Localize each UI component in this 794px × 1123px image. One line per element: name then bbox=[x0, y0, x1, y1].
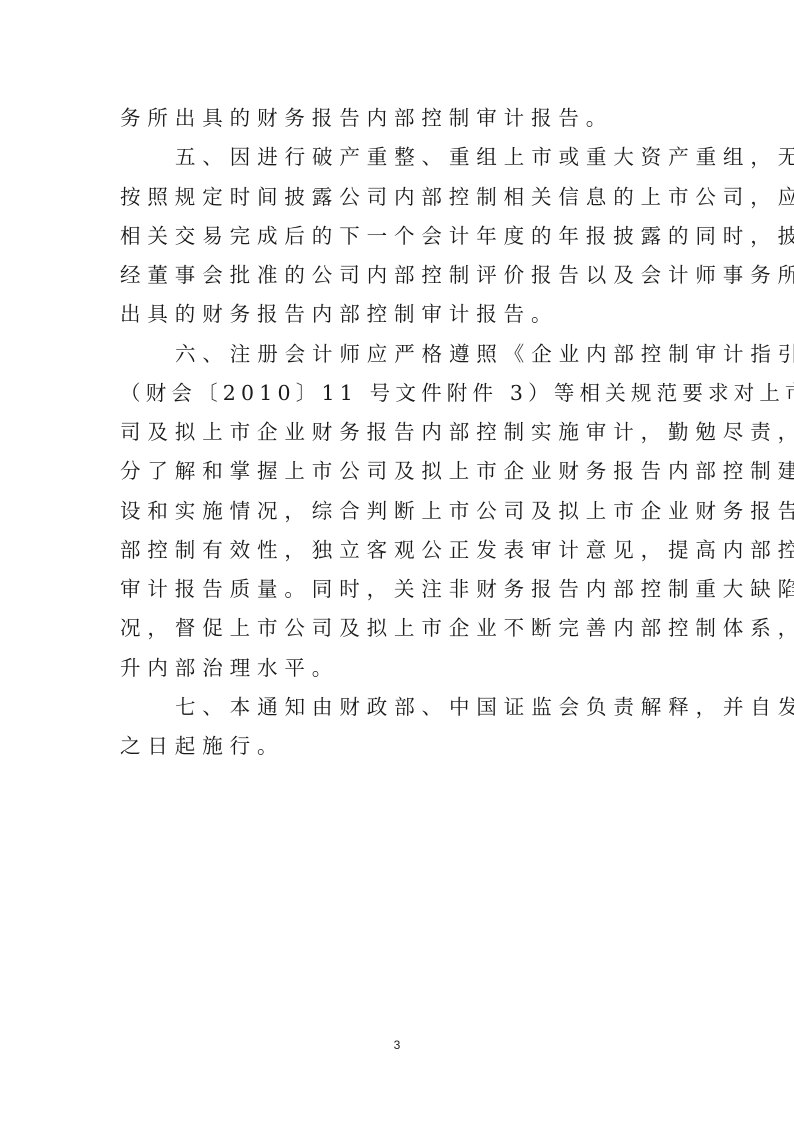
text-line: 之日起施行。 bbox=[120, 727, 676, 766]
text-line: 审计报告质量。同时，关注非财务报告内部控制重大缺陷情 bbox=[120, 570, 676, 609]
body-text: 务所出具的财务报告内部控制审计报告。 五、因进行破产重整、重组上市或重大资产重组… bbox=[120, 99, 676, 766]
text-line: （财会〔2010〕11 号文件附件 3）等相关规范要求对上市公 bbox=[120, 374, 676, 413]
text-line: 升内部治理水平。 bbox=[120, 649, 676, 688]
text-line: 经董事会批准的公司内部控制评价报告以及会计师事务所 bbox=[120, 256, 676, 295]
text-line: 相关交易完成后的下一个会计年度的年报披露的同时，披露 bbox=[120, 217, 676, 256]
text-line: 按照规定时间披露公司内部控制相关信息的上市公司，应在 bbox=[120, 178, 676, 217]
text-line: 部控制有效性，独立客观公正发表审计意见，提高内部控制 bbox=[120, 531, 676, 570]
document-page: 务所出具的财务报告内部控制审计报告。 五、因进行破产重整、重组上市或重大资产重组… bbox=[0, 0, 794, 1123]
paragraph-6-start: 六、注册会计师应严格遵照《企业内部控制审计指引》 bbox=[120, 335, 676, 374]
page-number: 3 bbox=[0, 1038, 794, 1052]
text-line: 设和实施情况，综合判断上市公司及拟上市企业财务报告内 bbox=[120, 492, 676, 531]
paragraph-7-start: 七、本通知由财政部、中国证监会负责解释，并自发布 bbox=[120, 688, 676, 727]
text-line: 司及拟上市企业财务报告内部控制实施审计，勤勉尽责，充 bbox=[120, 413, 676, 452]
paragraph-5-start: 五、因进行破产重整、重组上市或重大资产重组，无法 bbox=[120, 138, 676, 177]
text-line: 分了解和掌握上市公司及拟上市企业财务报告内部控制建 bbox=[120, 452, 676, 491]
text-line: 况，督促上市公司及拟上市企业不断完善内部控制体系，提 bbox=[120, 609, 676, 648]
text-line: 出具的财务报告内部控制审计报告。 bbox=[120, 295, 676, 334]
text-line: 务所出具的财务报告内部控制审计报告。 bbox=[120, 99, 676, 138]
